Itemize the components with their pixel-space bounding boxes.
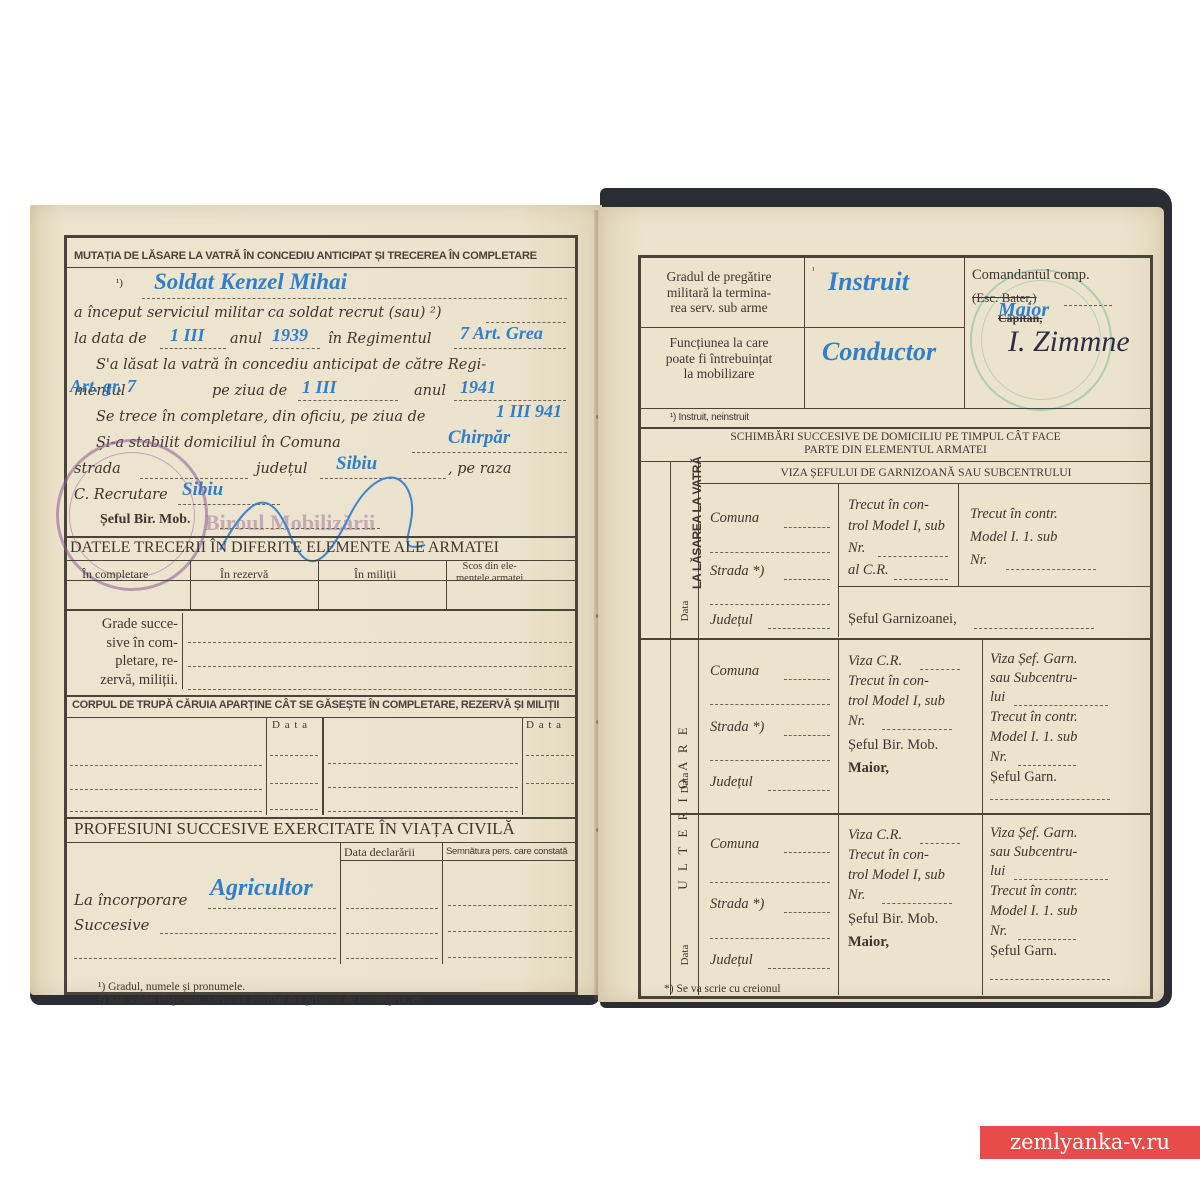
data-label: Data [679,768,691,798]
fill-line [328,787,518,788]
fill-line [270,755,318,756]
mid-text: Nr. [848,887,865,904]
label-date: la data de [74,331,147,347]
fill-line [1014,879,1108,880]
label-strada: Strada *) [710,719,764,736]
fill-line [346,933,438,934]
fill-line [710,604,830,605]
release-regiment-value: Art. gr. 7 [70,376,136,397]
fill-line [710,938,830,939]
fill-line [448,931,572,932]
release-year-value: 1941 [460,377,496,398]
fill-line [188,689,572,690]
col-divider [964,258,965,408]
fill-line [784,527,830,528]
mutation-section-title: MUTAȚIA DE LĂSARE LA VATRĂ ÎN CONCEDIU A… [74,250,537,262]
col-divider [318,561,319,609]
divider [641,408,1150,409]
fill-line [298,400,398,401]
right-text: lui [990,689,1005,706]
fill-line [160,348,226,349]
fill-line [710,882,830,883]
col-divider [266,717,267,815]
right-page: Gradul de pregătire militară la termina-… [598,207,1164,1002]
fill-line [784,679,830,680]
label-comuna: Comuna [710,510,759,527]
fill-line [768,790,830,791]
label-regiment: în Regimentul [328,331,431,347]
date-header: D a t a [526,719,562,731]
col-scos: Scos din ele- mentele armatei [456,561,523,585]
divider [67,842,575,843]
label-judetul: Județul [710,774,753,791]
divider [67,580,575,581]
start-year-value: 1939 [272,325,308,346]
right-text: lui [990,863,1005,880]
training-footnote: ¹) Instruit, neinstruit [670,412,749,423]
label-comuna: Comuna [710,836,759,853]
label-successive: Succesive [74,916,149,934]
fill-line [1006,569,1096,570]
fill-line [974,628,1094,629]
right-text: Model I. 1. sub [990,903,1077,920]
pencil-footnote: *) Se va scrie cu creionul [664,983,781,995]
fill-line [784,852,830,853]
fill-line [920,843,960,844]
mid-text: Maior, [848,760,889,777]
side-label-release: LA LĂSAREA LA VATRĂ [690,479,704,589]
col-divider [982,638,983,813]
unit-section-title: CORPUL DE TRUPĂ CĂRUIA APARȚINE CÂT SE G… [72,699,559,711]
mid-text: Șeful Bir. Mob. [848,737,938,754]
mobilization-function-label: Funcțiunea la care poate fi întrebuințat… [648,335,790,382]
garrison-chief-label: Șeful Garnizoanei, [848,611,957,628]
fill-line [784,912,830,913]
footnote-1: ¹) Gradul, numele și pronumele. [98,981,245,993]
fill-line [882,729,952,730]
label-strada: Strada *) [710,563,764,580]
right-text: Model I. 1. sub [970,529,1057,546]
divider [641,427,1150,429]
col-divider [670,461,671,995]
divider [641,461,1150,462]
label-year: anul [414,383,446,399]
training-level-value: Instruit [828,267,909,297]
started-service-text: a început serviciul militar ca soldat re… [74,305,442,321]
fill-line [188,642,572,643]
right-text: Trecut în contr. [970,506,1058,523]
right-text: Viza Șef. Garn. [990,651,1078,668]
col-divider [838,483,839,637]
right-text: Trecut în contr. [990,709,1078,726]
fill-line [70,811,262,812]
mid-text: Maior, [848,934,889,951]
fill-line [768,968,830,969]
transfer-date-value: 1 III 941 [496,401,562,422]
fill-line [328,763,518,764]
fill-line [1014,705,1108,706]
commune-value: Chirpăr [448,427,510,449]
label-comuna: Comuna [710,663,759,680]
mid-text: Șeful Bir. Mob. [848,911,938,928]
label-incorporation: La încorporare [74,891,188,909]
fill-line [894,579,948,580]
fill-line [346,958,438,959]
col-divider [182,613,183,689]
col-divider [190,561,191,609]
domicile-title-line2: PARTE DIN ELEMENTUL ARMATEI [641,444,1150,456]
fill-line [710,552,830,553]
footnote-2: ²) Sau soldat dispensat, serviciul auxil… [98,994,429,1006]
fill-line [270,809,318,810]
fill-line [160,933,336,934]
col-divider [982,813,983,995]
label-on-day: pe ziua de [212,383,287,399]
fill-line [710,704,830,705]
right-text: Șeful Garn. [990,769,1057,786]
transfer-text: Se trece în completare, din oficiu, pe z… [96,409,425,425]
regiment-value: 7 Art. Grea [460,323,543,344]
fill-line [920,669,960,670]
mid-text: Nr. [848,713,865,730]
divider [67,267,575,268]
grades-label: Grade succe- sive în com- pletare, re- z… [68,615,178,689]
right-text: sau Subcentru- [990,844,1077,861]
right-text: Nr. [970,552,987,569]
date-header: D a t a [272,719,308,731]
col-divider [958,483,959,586]
fill-line [710,760,830,761]
fill-line [882,903,952,904]
mid-text: trol Model I, sub [848,693,945,710]
fill-line [768,628,830,629]
label-strada: Strada *) [710,896,764,913]
fill-line [878,556,948,557]
domicile-title-line1: SCHIMBĂRI SUCCESIVE DE DOMICILIU PE TIMP… [641,431,1150,443]
right-text: Trecut în contr. [990,883,1078,900]
mid-text: al C.R. [848,562,889,579]
mobilization-function-value: Conductor [822,337,936,367]
data-label: Data [679,596,691,626]
fill-line [990,799,1110,800]
fill-line [526,783,574,784]
divider [641,638,1150,640]
fill-line [346,908,438,909]
site-watermark: zemlyanka-v.ru [980,1126,1200,1159]
col-divider [804,258,805,408]
col-divider [838,638,839,813]
army-elements-title: DATELE TRECERII ÎN DIFERITE ELEMENTE ALE… [70,539,499,557]
fill-line [1064,305,1112,306]
fill-line [412,452,567,453]
divider [698,483,1150,484]
right-text: Șeful Garn. [990,943,1057,960]
fill-line [1018,765,1076,766]
profession-value: Agricultor [210,875,313,902]
fill-line [1018,939,1076,940]
fill-line [270,783,318,784]
fill-line [784,579,830,580]
divider [67,695,575,697]
mid-text: trol Model I, sub [848,518,945,535]
fill-line [990,979,1110,980]
fill-line [784,735,830,736]
mid-text: Viza C.R. [848,827,902,844]
divider [340,860,575,861]
mid-text: Trecut în con- [848,497,929,514]
footnote-ref: ¹ [812,265,815,275]
right-text: Viza Șef. Garn. [990,825,1078,842]
fill-line [74,958,336,959]
rank-handwritten: Maior [998,299,1049,322]
col-divider [522,717,523,815]
divider [67,717,575,718]
mid-text: Viza C.R. [848,653,902,670]
mid-text: Nr. [848,540,865,557]
fill-line [188,666,572,667]
side-label-subsequent: U L T E R I O A R E [675,722,691,892]
divider [67,536,575,538]
data-label: Data [679,940,691,970]
release-day-value: 1 III [302,377,337,398]
fill-line [208,908,336,909]
footnote-ref: ¹) [116,277,123,289]
viza-header: VIZA ȘEFULUI DE GARNIZOANĂ SAU SUBCENTRU… [702,467,1150,479]
right-text: Nr. [990,923,1007,940]
fill-line [448,905,572,906]
divider [838,586,1150,587]
label-year: anul [230,331,262,347]
mid-text: Trecut în con- [848,673,929,690]
fill-line [328,811,518,812]
divider [670,813,1150,815]
col-divider [446,561,447,609]
divider [67,609,575,611]
training-level-label: Gradul de pregătire militară la termina-… [648,269,790,316]
col-divider [322,717,324,815]
label-judetul: Județul [710,952,753,969]
left-page: MUTAȚIA DE LĂSARE LA VATRĂ ÎN CONCEDIU A… [30,205,602,995]
right-text: Nr. [990,749,1007,766]
col-signature: Semnătura pers. care constată [446,846,567,857]
commander-signature: I. Zimmne [1008,325,1130,359]
label-judetul: Județul [710,612,753,629]
col-date-declared: Data declarării [344,845,415,860]
mid-text: trol Model I, sub [848,867,945,884]
fill-line [70,789,262,790]
professions-title: PROFESIUNI SUCCESIVE EXERCITATE ÎN VIAȚA… [74,819,515,839]
fill-line [454,348,566,349]
fill-line [448,957,572,958]
label-area: , pe raza [448,461,512,477]
mid-text: Trecut în con- [848,847,929,864]
fill-line [270,348,320,349]
fill-line [526,755,574,756]
fill-line [70,765,262,766]
soldier-name: Soldat Kenzel Mihai [154,269,347,295]
name-line [142,298,567,299]
released-text: S'a lăsat la vatră în concediu anticipat… [96,357,486,373]
commander-label: Comandantul comp. [972,267,1090,284]
start-date-value: 1 III [170,325,205,346]
right-text: Model I. 1. sub [990,729,1077,746]
right-text: sau Subcentru- [990,670,1077,687]
col-divider [838,813,839,995]
divider [641,327,964,328]
